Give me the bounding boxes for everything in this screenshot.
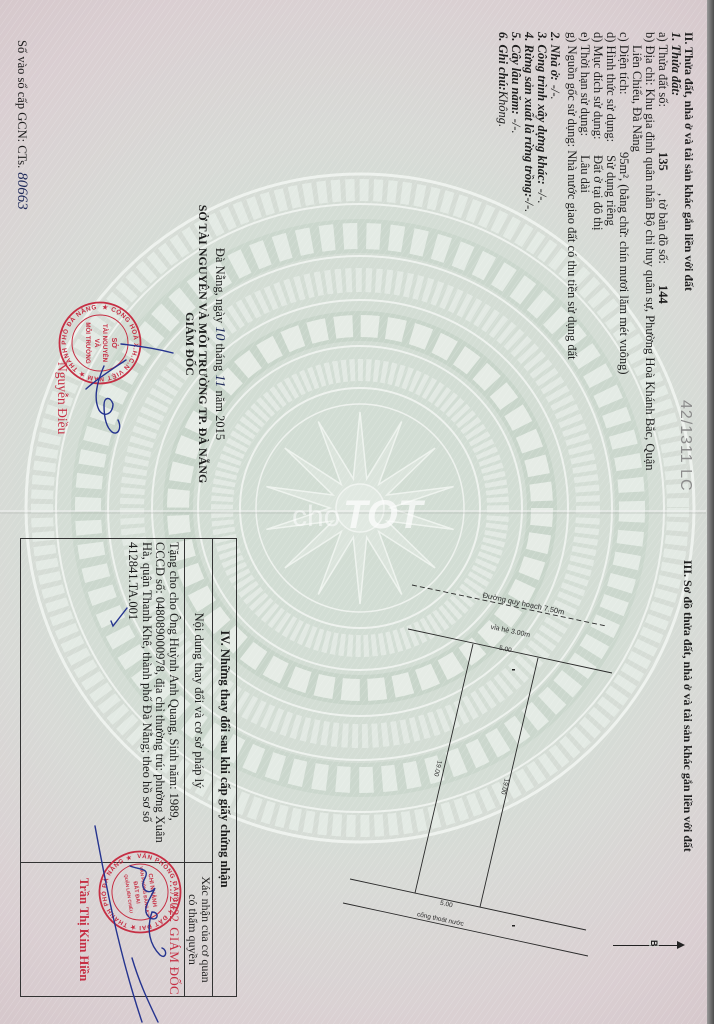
registrar-signature	[95, 826, 166, 1022]
check-mark	[111, 608, 127, 626]
ink-overlay	[0, 0, 714, 1024]
director-signature	[86, 344, 173, 433]
